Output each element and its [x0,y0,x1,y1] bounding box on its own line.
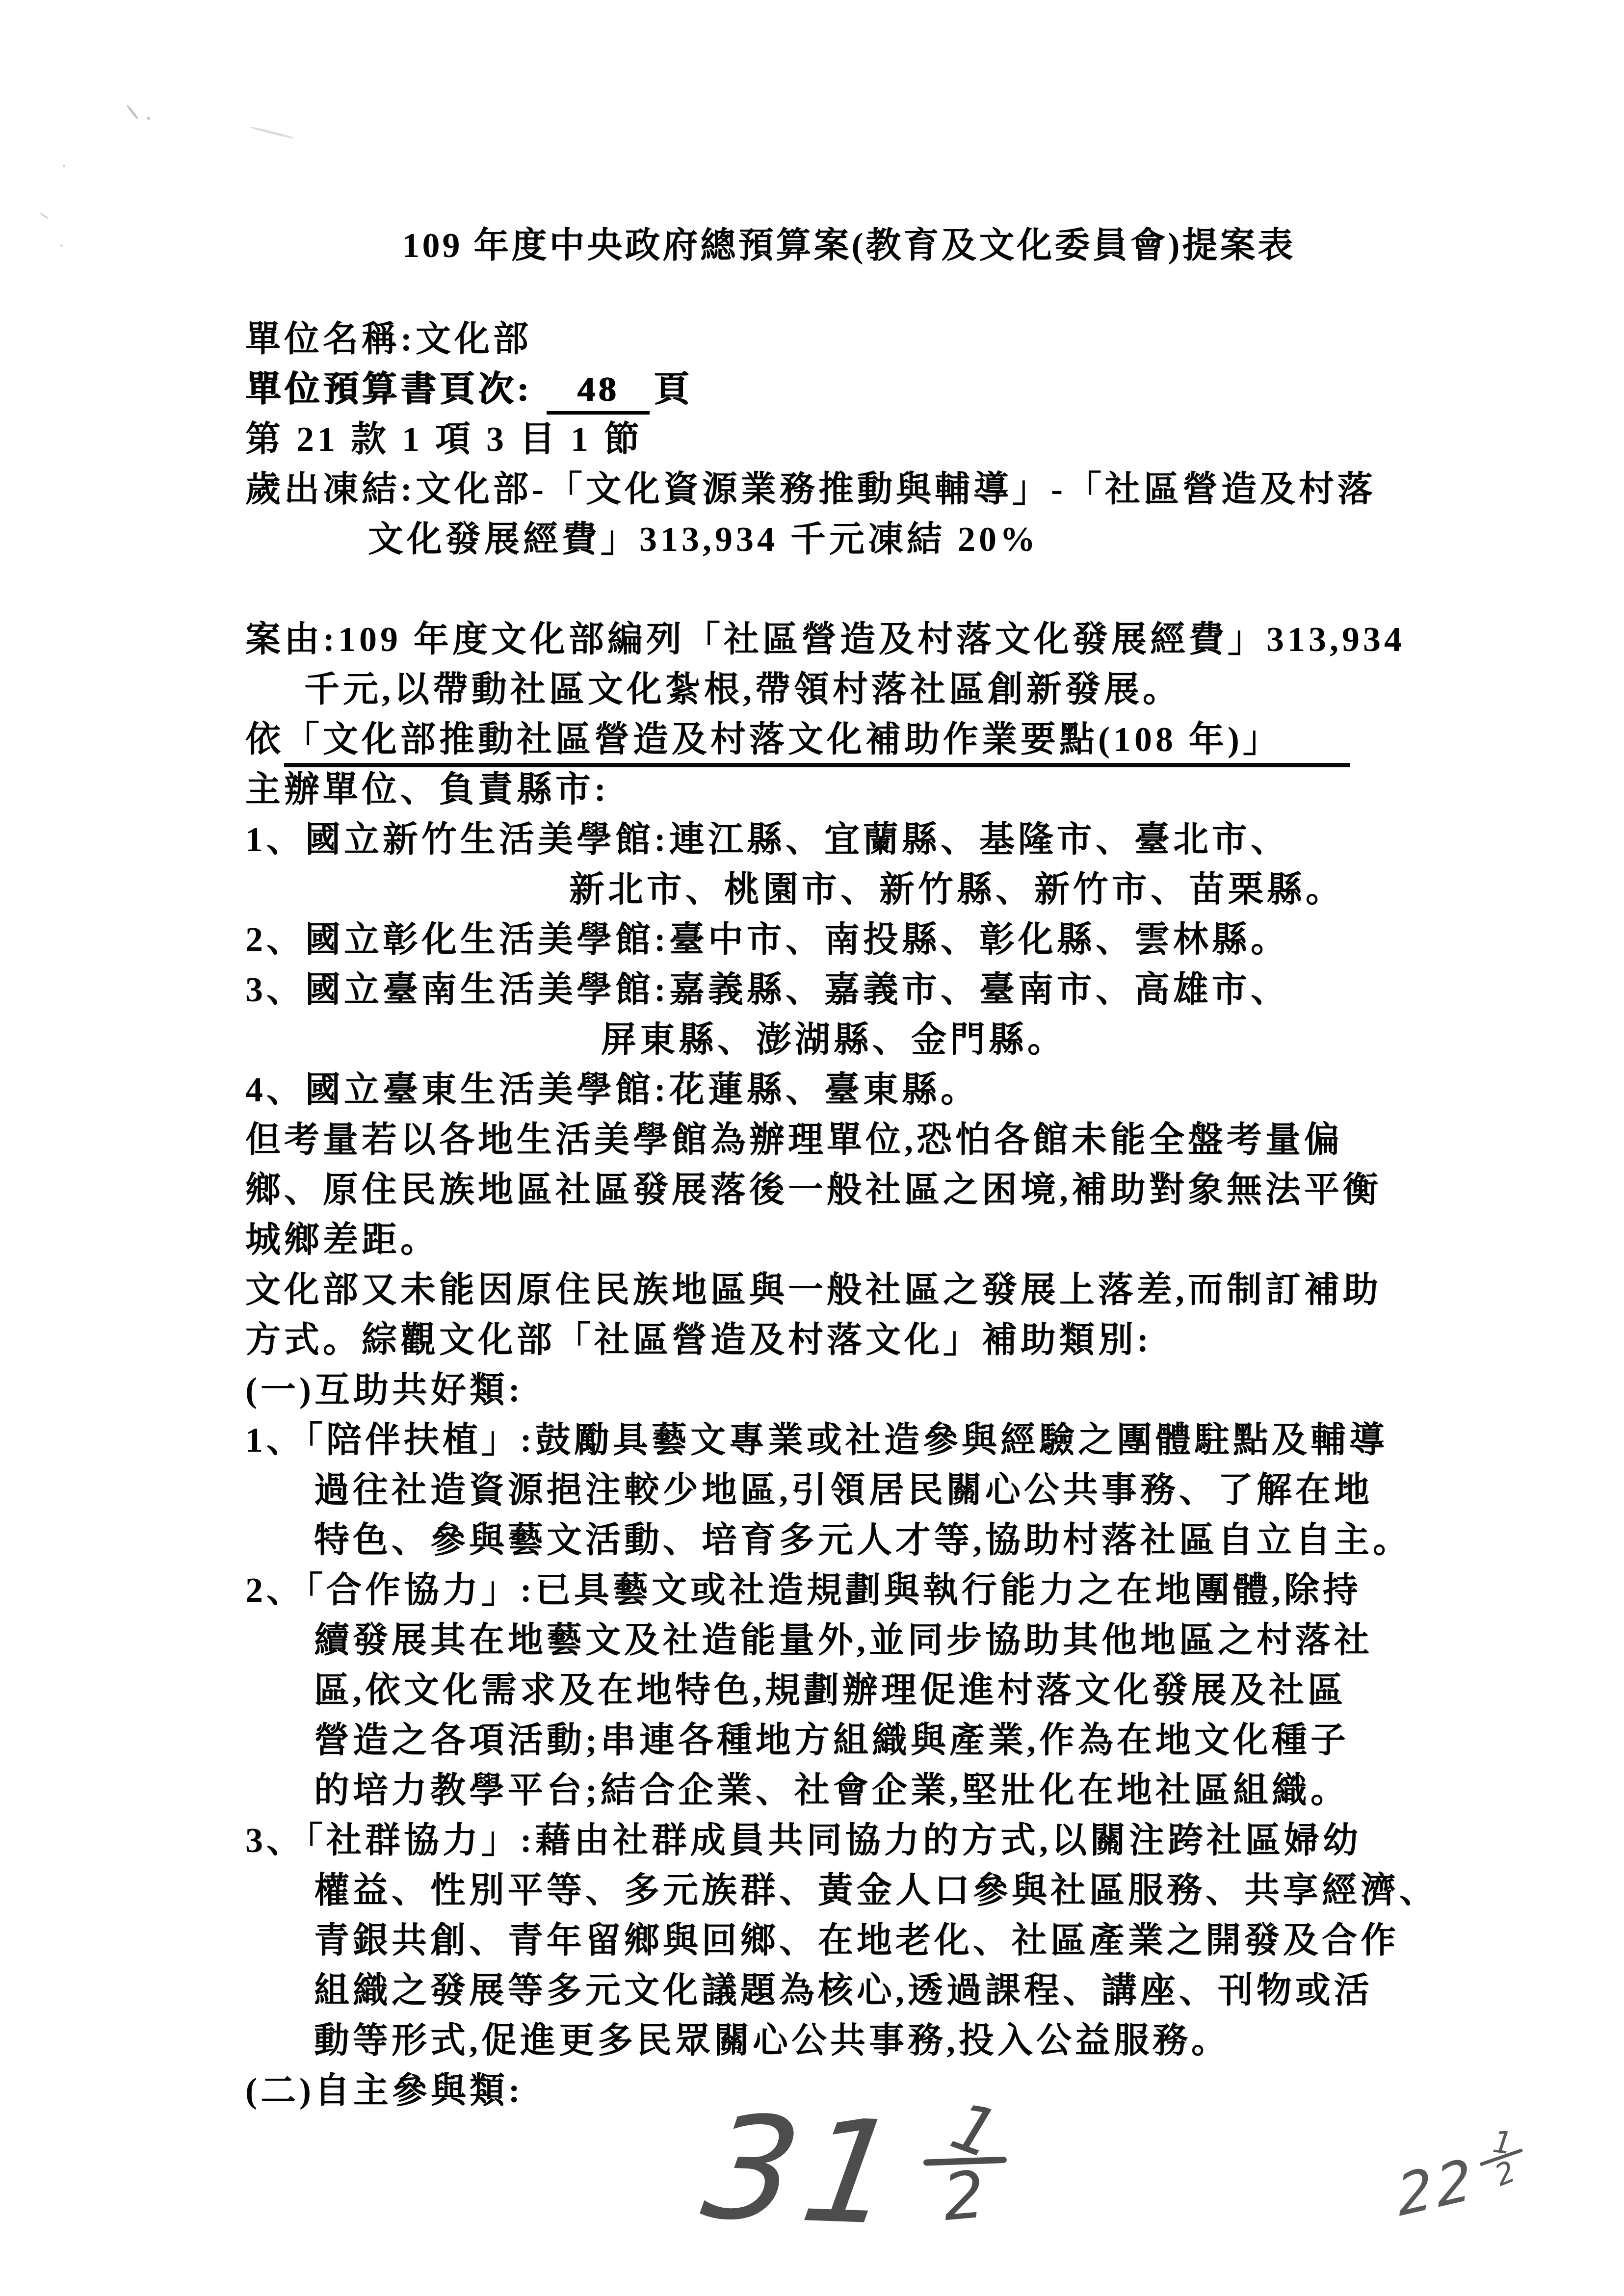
fraction-denominator: 2 [1492,2158,1519,2190]
discussion-p1-line-1: 但考量若以各地生活美學館為辦理單位,恐怕各館未能全盤考量偏 [245,1115,1452,1165]
budget-page-line: 單位預算書頁次:48頁 [245,364,1452,414]
fraction-denominator: 2 [941,2165,987,2228]
category-1-item-3-line-4: 組織之發展等多元文化議題為核心,透過課程、講座、刊物或活 [314,1965,1452,2015]
category-1-item-2-line-2: 續發展其在地藝文及社造能量外,並同步協助其他地區之村落社 [314,1615,1452,1665]
fraction-numerator: 1 [945,2098,1004,2164]
category-1-item-2-line-5: 的培力教學平台;結合企業、社會企業,堅壯化在地社區組織。 [314,1765,1452,1815]
scan-noise-speck [39,212,49,219]
scanned-document-page: 109 年度中央政府總預算案(教育及文化委員會)提案表 單位名稱:文化部 單位預… [0,0,1624,2296]
basis-prefix: 依 [245,720,284,759]
handwritten-fraction: 1 2 [921,2099,1009,2228]
scan-noise-speck [147,117,150,120]
discussion-p1-line-3: 城鄉差距。 [245,1215,1452,1265]
blank-line [245,564,1452,614]
organizer-item-4-line-1: 4、國立臺東生活美學館:花蓮縣、臺東縣。 [245,1065,1452,1115]
handwritten-mark-bottom-center: 31 1 2 [704,2097,1009,2249]
category-1-item-3-line-3: 青銀共創、青年留鄉與回鄉、在地老化、社區產業之開發及合作 [314,1915,1452,1965]
category-1-item-2-line-3: 區,依文化需求及在地特色,規劃辦理促進村落文化發展及社區 [314,1665,1452,1715]
organizer-item-3-line-2: 屏東縣、澎湖縣、金門縣。 [601,1015,1452,1065]
clause-line: 第 21 款 1 項 3 目 1 節 [245,414,1452,464]
organizer-item-1-line-2: 新北市、桃園市、新竹縣、新竹市、苗栗縣。 [569,864,1452,914]
scan-noise-speck [251,126,294,139]
unit-name-line: 單位名稱:文化部 [245,314,1452,364]
organizer-item-1-line-1: 1、國立新竹生活美學館:連江縣、宜蘭縣、基隆市、臺北市、 [245,814,1452,864]
document-title: 109 年度中央政府總預算案(教育及文化委員會)提案表 [245,218,1452,272]
discussion-p2-line-2: 方式。綜觀文化部「社區營造及村落文化」補助類別: [245,1315,1452,1365]
case-line-1: 案由:109 年度文化部編列「社區營造及村落文化發展經費」313,934 [245,614,1452,664]
budget-page-number: 48 [577,369,619,409]
case-line-2: 千元,以帶動社區文化紮根,帶領村落社區創新發展。 [304,664,1452,714]
category-1-item-3-line-5: 動等形式,促進更多民眾關心公共事務,投入公益服務。 [314,2015,1452,2065]
category-1-item-3-line-2: 權益、性別平等、多元族群、黃金人口參與社區服務、共享經濟、 [314,1865,1452,1915]
category-1-item-2-line-4: 營造之各項活動;串連各種地方組織與產業,作為在地文化種子 [314,1715,1452,1765]
budget-page-underline: 48 [547,367,650,415]
discussion-p1-line-2: 鄉、原住民族地區社區發展落後一般社區之困境,補助對象無法平衡 [245,1165,1452,1215]
scan-noise-speck [63,165,65,167]
freeze-line-2: 文化發展經費」313,934 千元凍結 20% [368,514,1452,564]
handwritten-fraction: 1 2 [1473,2125,1530,2192]
handwritten-mark-bottom-right: 22 1 2 [1391,2139,1533,2224]
scan-noise-speck [126,104,139,120]
category-1-heading: (一)互助共好類: [245,1365,1452,1415]
category-1-item-1-line-1: 1、「陪伴扶植」:鼓勵具藝文專業或社造參與經驗之團體駐點及輔導 [245,1415,1452,1465]
scan-noise-speck [60,244,63,247]
handwritten-number: 31 [695,2097,914,2246]
budget-page-label: 單位預算書頁次: [245,369,532,409]
budget-page-unit: 頁 [654,369,692,409]
basis-underlined-text: 「文化部推動社區營造及村落文化補助作業要點(108 年)」 [284,720,1350,767]
category-1-item-1-line-3: 特色、參與藝文活動、培育多元人才等,協助村落社區自立自主。 [314,1515,1452,1565]
freeze-line-1: 歲出凍結:文化部-「文化資源業務推動與輔導」-「社區營造及村落 [245,464,1452,514]
organizer-heading: 主辦單位、負責縣市: [245,764,1452,814]
category-1-item-1-line-2: 過往社造資源挹注較少地區,引領居民關心公共事務、了解在地 [314,1465,1452,1515]
organizer-item-2-line-1: 2、國立彰化生活美學館:臺中市、南投縣、彰化縣、雲林縣。 [245,914,1452,965]
discussion-p2-line-1: 文化部又未能因原住民族地區與一般社區之發展上落差,而制訂補助 [245,1265,1452,1315]
category-1-item-2-line-1: 2、「合作協力」:已具藝文或社造規劃與執行能力之在地團體,除持 [245,1565,1452,1615]
document-content: 109 年度中央政府總預算案(教育及文化委員會)提案表 單位名稱:文化部 單位預… [245,218,1452,2115]
basis-line: 依「文化部推動社區營造及村落文化補助作業要點(108 年)」 [245,714,1452,764]
organizer-item-3-line-1: 3、國立臺南生活美學館:嘉義縣、嘉義市、臺南市、高雄市、 [245,965,1452,1015]
handwritten-number: 22 [1395,2151,1477,2225]
category-1-item-3-line-1: 3、「社群協力」:藉由社群成員共同協力的方式,以關注跨社區婦幼 [245,1815,1452,1865]
